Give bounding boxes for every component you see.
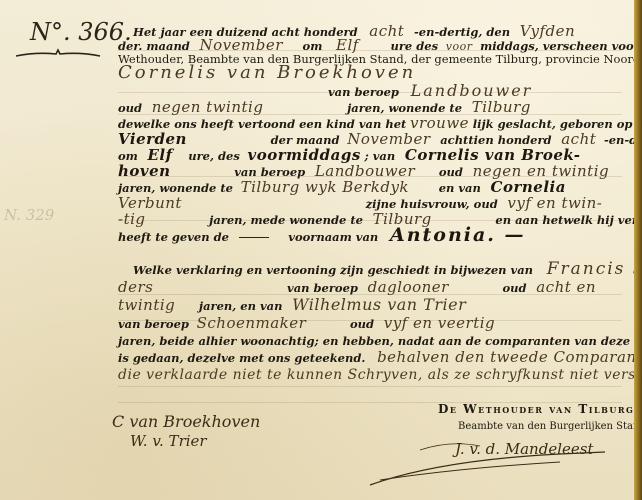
official-title: De Wethouder van Tilburg, (438, 402, 640, 416)
document-page: N°. 366. N. 329 Het jaar een duizend ach… (0, 0, 634, 500)
text-line-18: van beroep Schoenmaker oud vyf en veerti… (118, 316, 495, 331)
text-line-5: van beroep Landbouwer (328, 84, 532, 99)
text-line-21: die verklaarde niet te kunnen Schryven, … (118, 368, 642, 382)
signature-flourish (360, 440, 620, 490)
ruled-line (118, 386, 622, 387)
text-line-15: Welke verklaring en vertooning zijn gesc… (133, 262, 642, 277)
text-line-13: -tig jaren, mede wonende te Tilburg en a… (118, 212, 642, 227)
brace-decoration (14, 48, 102, 60)
text-line-10: hoven van beroep Landbouwer oud negen en… (118, 164, 609, 179)
text-line-6: oud negen twintig jaren, wonende te Tilb… (118, 100, 531, 115)
margin-number: N. 329 (4, 206, 54, 224)
text-line-11: jaren, wonende te Tilburg wyk Berkdyk en… (118, 180, 566, 195)
text-line-12: Verbunt zijne huisvrouw, oud vyf en twin… (118, 196, 602, 211)
official-subtitle: Beambte van den Burgerlijken Stand, (458, 420, 642, 434)
text-line-7: dewelke ons heeft vertoond een kind van … (118, 116, 642, 131)
text-line-14: heeft te geven de voornaam van Antonia. … (118, 228, 526, 244)
text-line-9: om Elf ure, des voormiddags ; van Cornel… (118, 148, 580, 163)
text-line-17: twintig jaren, en van Wilhelmus van Trie… (118, 298, 466, 313)
signature-witness-2: W. v. Trier (130, 432, 207, 450)
text-line-16: ders van beroep daglooner oud acht en (118, 280, 596, 295)
text-line-4: Cornelis van Broekhoven (118, 66, 416, 81)
text-line-19: jaren, beide alhier woonachtig; en hebbe… (118, 334, 642, 348)
record-number: N°. 366. (30, 18, 132, 46)
binding-edge (634, 0, 642, 500)
signature-witness-1: C van Broekhoven (112, 412, 260, 431)
text-line-8: Vierden der maand November achttien hond… (118, 132, 642, 147)
text-line-20: is gedaan, dezelve met ons geteekend. be… (118, 350, 642, 365)
